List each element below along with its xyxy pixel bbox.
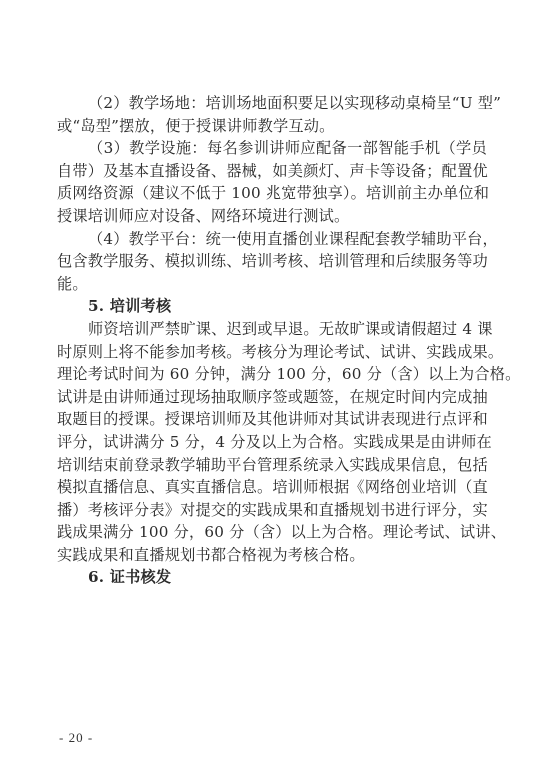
text-line: 时原则上将不能参加考核。考核分为理论考试、试讲、实践成果。 [57, 341, 487, 364]
text-line: 或“岛型”摆放，便于授课讲师教学互动。 [57, 115, 487, 138]
paragraph-teaching-platform: （4）教学平台：统一使用直播创业课程配套教学辅助平台， 包含教学服务、模拟训练、… [57, 228, 487, 296]
page-number: - 20 - [59, 730, 93, 746]
text-line: 播）考核评分表》对提交的实践成果和直播规划书进行评分，实 [57, 499, 487, 522]
paragraph-teaching-facilities: （3）教学设施：每名参训讲师应配备一部智能手机（学员 自带）及基本直播设备、器械… [57, 137, 487, 227]
paragraph-teaching-venue: （2）教学场地：培训场地面积要足以实现移动桌椅呈“U 型” 或“岛型”摆放，便于… [57, 92, 487, 137]
text-line: 践成果满分 100 分，60 分（含）以上为合格。理论考试、试讲、 [57, 521, 487, 544]
text-line: 模拟直播信息、真实直播信息。培训师根据《网络创业培训（直 [57, 476, 487, 499]
text-line: （3）教学设施：每名参训讲师应配备一部智能手机（学员 [57, 137, 487, 160]
section-heading: 5. 培训考核 [57, 295, 487, 318]
text-line: （4）教学平台：统一使用直播创业课程配套教学辅助平台， [57, 228, 487, 251]
text-line: 试讲是由讲师通过现场抽取顺序签或题签，在规定时间内完成抽 [57, 386, 487, 409]
text-line: 包含教学服务、模拟训练、培训考核、培训管理和后续服务等功 [57, 250, 487, 273]
section-certificate-issuance: 6. 证书核发 [57, 566, 487, 589]
text-line: 实践成果和直播规划书都合格视为考核合格。 [57, 544, 487, 567]
text-line: 师资培训严禁旷课、迟到或早退。无故旷课或请假超过 4 课 [57, 318, 487, 341]
section-training-assessment: 5. 培训考核 师资培训严禁旷课、迟到或早退。无故旷课或请假超过 4 课 时原则… [57, 295, 487, 566]
section-heading: 6. 证书核发 [57, 566, 487, 589]
text-line: 评分，试讲满分 5 分，4 分及以上为合格。实践成果是由讲师在 [57, 431, 487, 454]
document-page: （2）教学场地：培训场地面积要足以实现移动桌椅呈“U 型” 或“岛型”摆放，便于… [57, 92, 487, 589]
text-line: 授课培训师应对设备、网络环境进行测试。 [57, 205, 487, 228]
text-line: 质网络资源（建议不低于 100 兆宽带独享）。培训前主办单位和 [57, 182, 487, 205]
text-line: 培训结束前登录教学辅助平台管理系统录入实践成果信息，包括 [57, 454, 487, 477]
text-line: 自带）及基本直播设备、器械，如美颜灯、声卡等设备；配置优 [57, 160, 487, 183]
text-line: 取题目的授课。授课培训师及其他讲师对其试讲表现进行点评和 [57, 408, 487, 431]
text-line: （2）教学场地：培训场地面积要足以实现移动桌椅呈“U 型” [57, 92, 487, 115]
text-line: 能。 [57, 273, 487, 296]
text-line: 理论考试时间为 60 分钟，满分 100 分，60 分（含）以上为合格。 [57, 363, 487, 386]
